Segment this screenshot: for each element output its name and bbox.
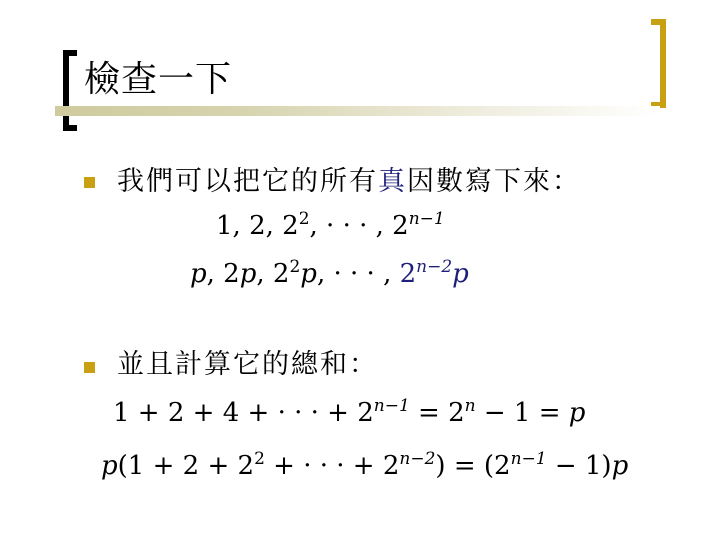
math-sum-line-2: p(1 + 2 + 22 + · · · + 2n−2) = (2n−1 − 1… [101, 450, 628, 482]
math-var: p [190, 259, 207, 289]
bullet-text-1-highlight: 真 [378, 166, 407, 197]
math-sup: n−1 [374, 396, 410, 416]
title-bracket-right [651, 19, 666, 108]
bullet-icon [84, 362, 95, 373]
bullet-text-2: 並且計算它的總和： [117, 348, 378, 382]
math-var: p [569, 398, 586, 428]
math-text: (1 + 2 + 2 [118, 451, 254, 481]
math-sum-line-1: 1 + 2 + 4 + · · · + 2n−1 = 2n − 1 = p [113, 397, 585, 429]
math-highlight-term: 2n−2p [400, 259, 469, 289]
math-var: p [452, 259, 469, 289]
math-text: , 2 [256, 259, 289, 289]
bullet-text-1-after: 因數寫下來： [407, 166, 581, 197]
slide-title: 檢查一下 [84, 58, 232, 102]
bullet-icon [84, 177, 95, 188]
math-divisors-line-1: 1, 2, 22, · · · , 2n−1 [216, 210, 445, 242]
math-sup: n [465, 396, 476, 416]
title-underline-bar [55, 106, 660, 116]
math-var: p [240, 259, 257, 289]
math-text: = 2 [410, 398, 465, 428]
math-text: − 1) [547, 451, 612, 481]
math-sup: 2 [289, 257, 300, 277]
math-text: 1, 2, 2 [216, 211, 299, 241]
math-sup: n−2 [399, 449, 435, 469]
math-text: , · · · , 2 [310, 211, 409, 241]
math-divisors-line-2: p, 2p, 22p, · · · , 2n−2p [190, 258, 469, 290]
title-bracket-left [63, 50, 77, 131]
bullet-text-1: 我們可以把它的所有真因數寫下來： [117, 165, 581, 199]
math-text: − 1 = [476, 398, 569, 428]
math-sup: n−1 [511, 449, 547, 469]
math-sup: 2 [254, 449, 265, 469]
math-var: p [612, 451, 629, 481]
math-text: 2 [400, 259, 417, 289]
math-text: 1 + 2 + 4 + · · · + 2 [113, 398, 374, 428]
math-text: , 2 [207, 259, 240, 289]
math-sup: 2 [299, 209, 310, 229]
math-sup: n−1 [409, 209, 445, 229]
math-text: , · · · , [317, 259, 400, 289]
math-var: p [300, 259, 317, 289]
bullet-text-1-before: 我們可以把它的所有 [117, 166, 378, 197]
math-text: + · · · + 2 [265, 451, 400, 481]
math-var: p [101, 451, 118, 481]
math-sup: n−2 [416, 257, 452, 277]
math-text: ) = (2 [435, 451, 510, 481]
